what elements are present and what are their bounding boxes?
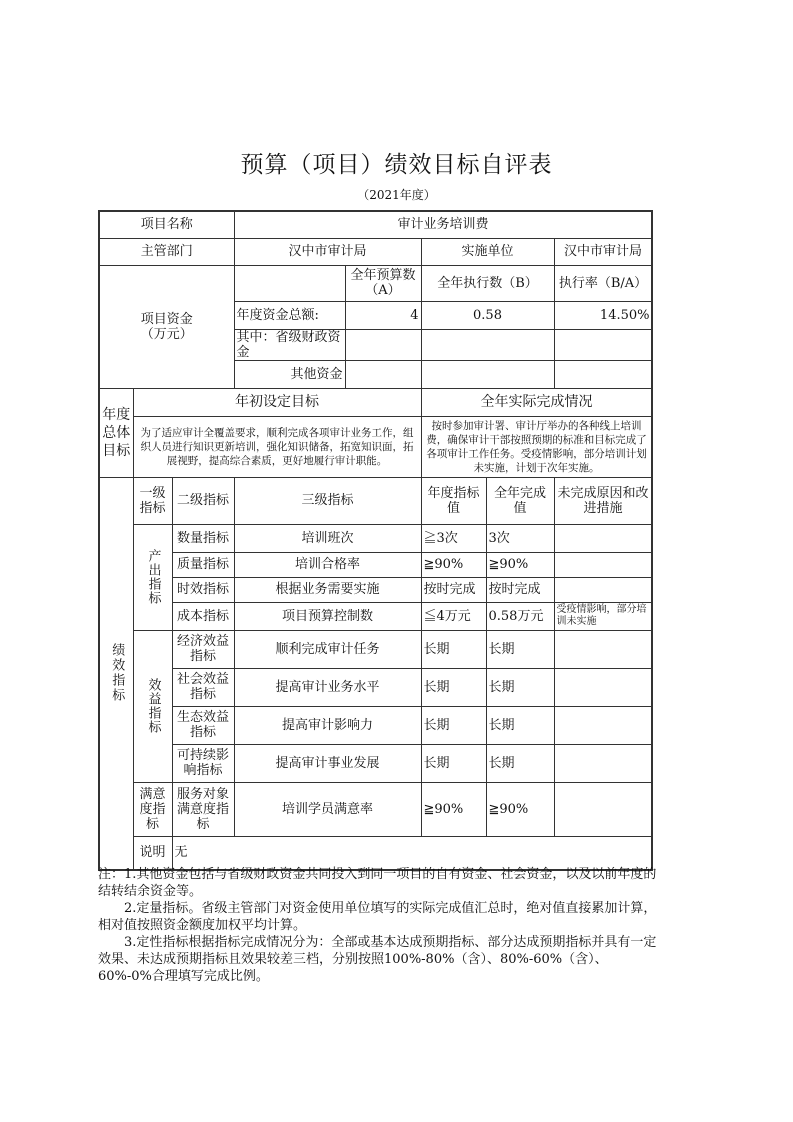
funds-row-label: 年度资金总额: xyxy=(234,301,345,329)
level2-cell: 服务对象满意度指标 xyxy=(172,782,234,836)
level3-cell: 培训学员满意率 xyxy=(234,782,421,836)
funds-budget xyxy=(345,329,421,360)
actual-cell: 长期 xyxy=(486,744,554,782)
level3-cell: 培训合格率 xyxy=(234,552,421,577)
actual-cell: 长期 xyxy=(486,630,554,668)
actual-cell: ≧90% xyxy=(486,552,554,577)
actual-completion-header: 全年实际完成情况 xyxy=(421,388,652,416)
col-exec-header: 全年执行数（B） xyxy=(421,265,554,301)
level2-cell: 成本指标 xyxy=(172,602,234,630)
target-cell: 长期 xyxy=(421,706,486,744)
funds-budget: 4 xyxy=(345,301,421,329)
actual-cell: ≧90% xyxy=(486,782,554,836)
level2-cell: 数量指标 xyxy=(172,524,234,552)
funds-exec: 0.58 xyxy=(421,301,554,329)
indicator-row: 成本指标 项目预算控制数 ≦4万元 0.58万元 受疫情影响，部分培训未实施 xyxy=(99,602,652,630)
indicator-row: 质量指标 培训合格率 ≧90% ≧90% xyxy=(99,552,652,577)
level1-header: 一级指标 xyxy=(133,477,172,524)
target-cell: 长期 xyxy=(421,630,486,668)
funds-label-line2: （万元） xyxy=(102,327,232,342)
level2-cell: 时效指标 xyxy=(172,577,234,602)
level3-cell: 提高审计事业发展 xyxy=(234,744,421,782)
initial-goal-header: 年初设定目标 xyxy=(133,388,421,416)
annual-goal-content-row: 为了适应审计全覆盖要求，顺利完成各项审计业务工作，组织人员进行知识更新培训，强化… xyxy=(99,416,652,477)
remark-value: 无 xyxy=(172,836,652,870)
indicator-header-row: 绩效指标 一级指标 二级指标 三级指标 年度指标值 全年完成值 未完成原因和改进… xyxy=(99,477,652,524)
reason-cell xyxy=(554,630,652,668)
level2-cell: 质量指标 xyxy=(172,552,234,577)
impl-unit-label: 实施单位 xyxy=(421,238,554,265)
level1-satisfaction: 满意度指标 xyxy=(133,782,172,836)
reason-cell xyxy=(554,744,652,782)
remark-row: 说明 无 xyxy=(99,836,652,870)
level2-cell: 经济效益指标 xyxy=(172,630,234,668)
actual-completion-text: 按时参加审计署、审计厅举办的各种线上培训费，确保审计干部按照预期的标准和目标完成… xyxy=(421,416,652,477)
funds-exec xyxy=(421,360,554,388)
funds-exec xyxy=(421,329,554,360)
annual-goal-header-row: 年度总体目标 年初设定目标 全年实际完成情况 xyxy=(99,388,652,416)
actual-cell: 按时完成 xyxy=(486,577,554,602)
reason-cell: 受疫情影响，部分培训未实施 xyxy=(554,602,652,630)
initial-goal-text: 为了适应审计全覆盖要求，顺利完成各项审计业务工作，组织人员进行知识更新培训，强化… xyxy=(133,416,421,477)
level2-cell: 社会效益指标 xyxy=(172,668,234,706)
indicator-row: 满意度指标 服务对象满意度指标 培训学员满意率 ≧90% ≧90% xyxy=(99,782,652,836)
project-name-row: 项目名称 审计业务培训费 xyxy=(99,211,652,238)
note-1: 注：1.其他资金包括与省级财政资金共同投入到同一项目的自有资金、社会资金，以及以… xyxy=(98,866,658,900)
project-name-value: 审计业务培训费 xyxy=(234,211,652,238)
level1-output: 产出指标 xyxy=(133,524,172,630)
level1-benefit: 效益指标 xyxy=(133,630,172,782)
dept-value: 汉中市审计局 xyxy=(234,238,421,265)
funds-rate xyxy=(554,360,652,388)
funds-row-label: 其他资金 xyxy=(234,360,345,388)
target-cell: ≧90% xyxy=(421,782,486,836)
funds-rate: 14.50% xyxy=(554,301,652,329)
funds-budget xyxy=(345,360,421,388)
note-2: 2.定量指标。省级主管部门对资金使用单位填写的实际完成值汇总时，绝对值直接累加计… xyxy=(98,900,658,934)
col-rate-header: 执行率（B/A） xyxy=(554,265,652,301)
actual-cell: 3次 xyxy=(486,524,554,552)
funds-blank-header xyxy=(234,265,345,301)
indicator-row: 社会效益指标 提高审计业务水平 长期 长期 xyxy=(99,668,652,706)
indicators-section-label: 绩效指标 xyxy=(99,477,133,870)
page-title: 预算（项目）绩效目标自评表 xyxy=(0,146,793,179)
target-cell: 长期 xyxy=(421,744,486,782)
year-label: （2021年度） xyxy=(0,186,793,203)
indicator-row: 产出指标 数量指标 培训班次 ≧3次 3次 xyxy=(99,524,652,552)
funds-label: 项目资金 （万元） xyxy=(99,265,234,388)
self-evaluation-table: 项目名称 审计业务培训费 主管部门 汉中市审计局 实施单位 汉中市审计局 项目资… xyxy=(98,210,653,871)
reason-cell xyxy=(554,782,652,836)
level3-cell: 顺利完成审计任务 xyxy=(234,630,421,668)
reason-header: 未完成原因和改进措施 xyxy=(554,477,652,524)
actual-cell: 0.58万元 xyxy=(486,602,554,630)
actual-header: 全年完成值 xyxy=(486,477,554,524)
level2-cell: 生态效益指标 xyxy=(172,706,234,744)
target-cell: 按时完成 xyxy=(421,577,486,602)
project-name-label: 项目名称 xyxy=(99,211,234,238)
remark-label: 说明 xyxy=(133,836,172,870)
level2-header: 二级指标 xyxy=(172,477,234,524)
reason-cell xyxy=(554,577,652,602)
level2-cell: 可持续影响指标 xyxy=(172,744,234,782)
level3-cell: 项目预算控制数 xyxy=(234,602,421,630)
level3-cell: 提高审计业务水平 xyxy=(234,668,421,706)
target-cell: ≧90% xyxy=(421,552,486,577)
funds-label-line1: 项目资金 xyxy=(102,312,232,327)
indicator-row: 可持续影响指标 提高审计事业发展 长期 长期 xyxy=(99,744,652,782)
notes-section: 注：1.其他资金包括与省级财政资金共同投入到同一项目的自有资金、社会资金，以及以… xyxy=(98,866,658,985)
annual-goal-label: 年度总体目标 xyxy=(99,388,133,477)
note-3: 3.定性指标根据指标完成情况分为：全部或基本达成预期指标、部分达成预期指标并具有… xyxy=(98,934,658,985)
level3-cell: 提高审计影响力 xyxy=(234,706,421,744)
level3-cell: 根据业务需要实施 xyxy=(234,577,421,602)
dept-label: 主管部门 xyxy=(99,238,234,265)
indicator-row: 生态效益指标 提高审计影响力 长期 长期 xyxy=(99,706,652,744)
target-cell: ≦4万元 xyxy=(421,602,486,630)
reason-cell xyxy=(554,706,652,744)
actual-cell: 长期 xyxy=(486,706,554,744)
reason-cell xyxy=(554,552,652,577)
col-budget-header: 全年预算数（A） xyxy=(345,265,421,301)
reason-cell xyxy=(554,668,652,706)
indicator-row: 时效指标 根据业务需要实施 按时完成 按时完成 xyxy=(99,577,652,602)
target-header: 年度指标值 xyxy=(421,477,486,524)
level3-cell: 培训班次 xyxy=(234,524,421,552)
actual-cell: 长期 xyxy=(486,668,554,706)
level3-header: 三级指标 xyxy=(234,477,421,524)
department-row: 主管部门 汉中市审计局 实施单位 汉中市审计局 xyxy=(99,238,652,265)
funds-row-label: 其中：省级财政资金 xyxy=(234,329,345,360)
funds-header-row: 项目资金 （万元） 全年预算数（A） 全年执行数（B） 执行率（B/A） xyxy=(99,265,652,301)
reason-cell xyxy=(554,524,652,552)
funds-rate xyxy=(554,329,652,360)
impl-unit-value: 汉中市审计局 xyxy=(554,238,652,265)
target-cell: ≧3次 xyxy=(421,524,486,552)
target-cell: 长期 xyxy=(421,668,486,706)
indicator-row: 效益指标 经济效益指标 顺利完成审计任务 长期 长期 xyxy=(99,630,652,668)
